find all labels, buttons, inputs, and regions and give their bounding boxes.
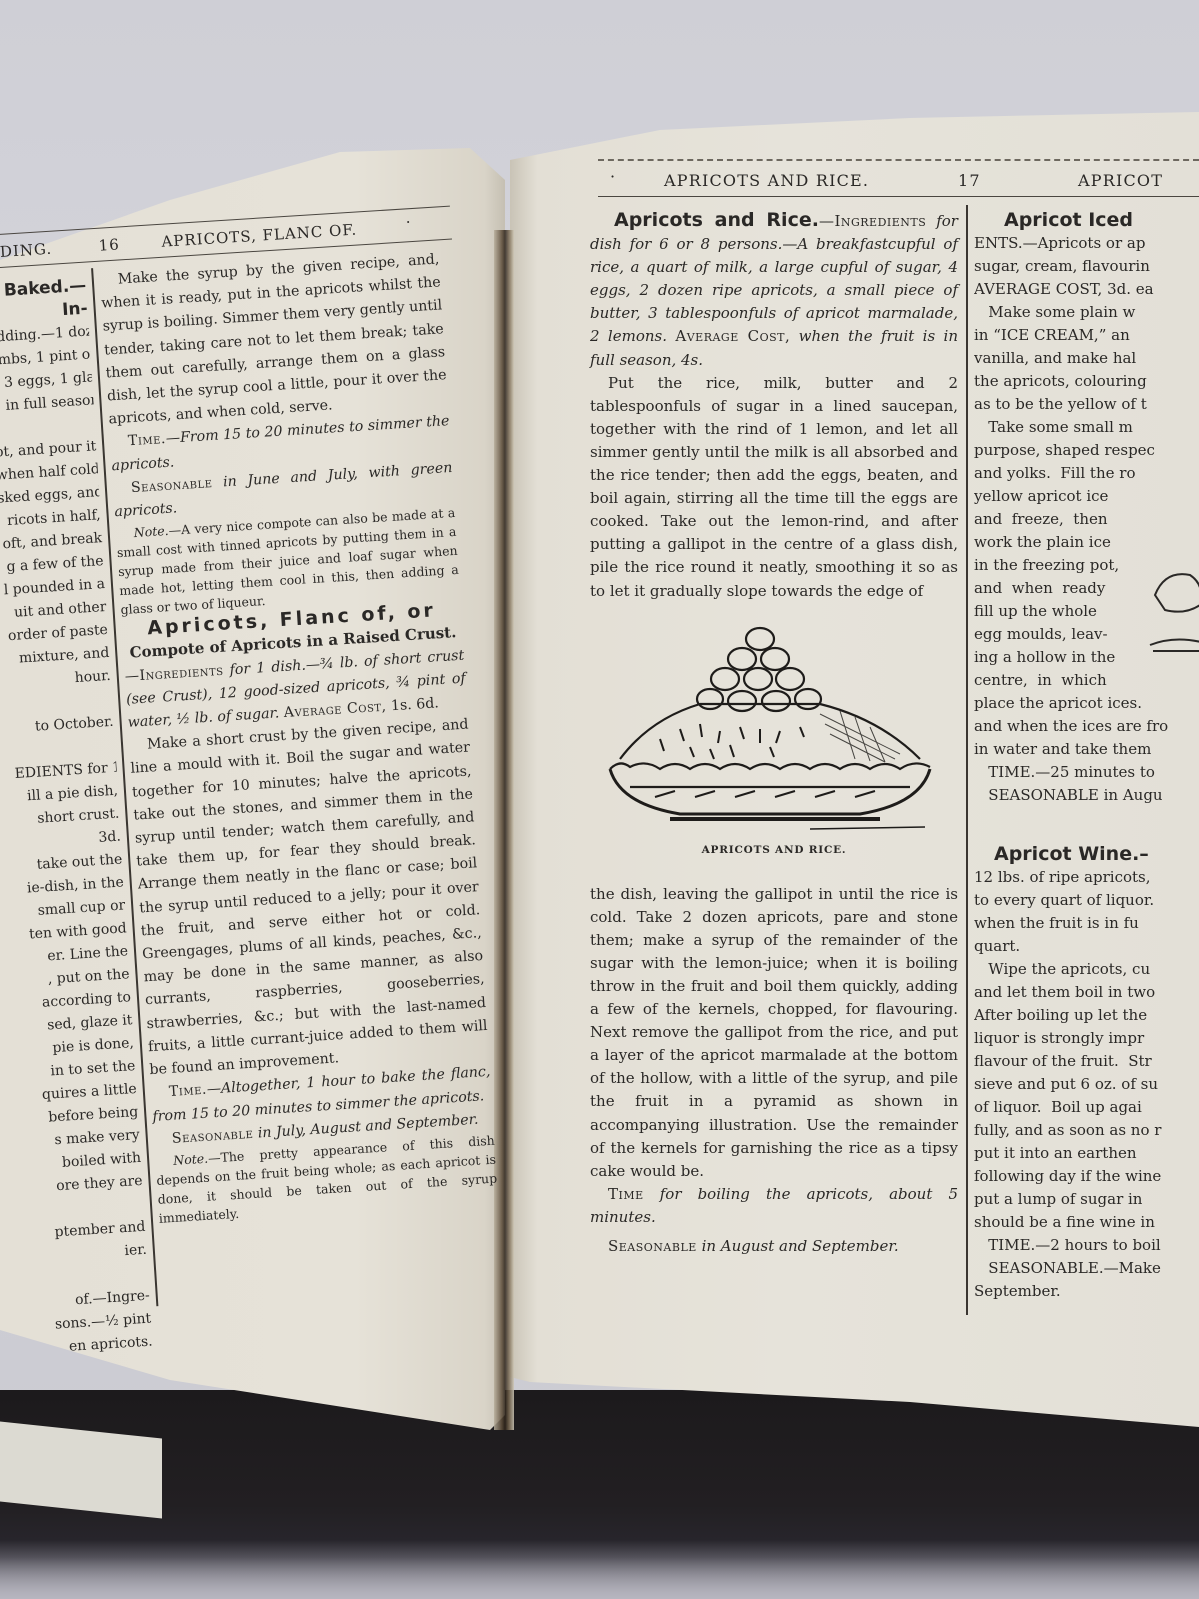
average-cost-value: 1s. 6d.	[386, 695, 439, 714]
ingredients-label: —Ingredients	[819, 212, 926, 230]
text-line: and when the ices are fro	[974, 715, 1199, 738]
text-line: of liquor. Boil up agai	[974, 1096, 1199, 1119]
text-line: vanilla, and make hal	[974, 347, 1199, 370]
text-line: to every quart of liquor.	[974, 889, 1199, 912]
text-line: and freeze, then	[974, 508, 1199, 531]
running-head-title: APRICOTS, FLANC OF.	[161, 220, 358, 250]
paragraph: Make a short crust by the given recipe, …	[128, 714, 489, 1083]
text-line: flavour of the fruit. Str	[974, 1050, 1199, 1073]
running-head-next: APRICOT	[1078, 171, 1163, 190]
time-label: Time.	[168, 1082, 207, 1100]
partial-lines: 12 lbs. of ripe apricots,to every quart …	[974, 866, 1199, 1303]
text-line: TIME.—25 minutes to	[974, 761, 1199, 784]
dish-engraving-icon	[600, 619, 940, 834]
fabric-background	[0, 1540, 1199, 1599]
text-line: quart.	[974, 935, 1199, 958]
text-line: After boiling up let the	[974, 1004, 1199, 1027]
average-cost-label: Average Cost,	[675, 327, 790, 345]
illustration-caption: APRICOTS AND RICE.	[590, 839, 958, 862]
recipe-title: Apricot Iced	[974, 209, 1199, 232]
ingredients-text: for dish for 6 or 8 persons.—A breakfast…	[590, 212, 958, 345]
seasonable-label: Seasonable	[130, 475, 212, 496]
text-line: the apricots, colouring	[974, 370, 1199, 393]
text-line: liquor is strongly impr	[974, 1027, 1199, 1050]
recipe-title: Apricot Wine.–	[974, 843, 1199, 866]
seasonable-text: in August and September.	[697, 1237, 899, 1255]
average-cost-label: Average Cost,	[283, 699, 387, 721]
time-label: Time	[608, 1185, 644, 1203]
text-line: SEASONABLE in Augu	[974, 784, 1199, 807]
text-line: ENTS.—Apricots or ap	[974, 232, 1199, 255]
recipe-title-partial: Baked.—In-	[0, 275, 88, 327]
paragraph: Make the syrup by the given recipe, and,…	[99, 248, 449, 431]
page-number: 16	[98, 235, 120, 254]
seasonable-label: Seasonable	[608, 1237, 697, 1255]
note-label: Note.	[133, 523, 169, 540]
running-head-partial: DING.	[0, 240, 53, 261]
running-head-title: APRICOTS AND RICE.	[664, 171, 869, 190]
text-line: TIME.—2 hours to boil	[974, 1234, 1199, 1257]
text-line: Make some plain w	[974, 301, 1199, 324]
apricots-and-rice-illustration: APRICOTS AND RICE.	[590, 609, 958, 879]
page-number: 17	[958, 171, 981, 190]
text-line: and yolks. Fill the ro	[974, 462, 1199, 485]
text-line: put a lump of sugar in	[974, 1188, 1199, 1211]
right-column-main: Apricots and Rice.—Ingredients for dish …	[590, 209, 958, 1258]
partial-lines: ENTS.—Apricots or apsugar, cream, flavou…	[974, 232, 1199, 807]
text-line: should be a fine wine in	[974, 1211, 1199, 1234]
text-line: AVERAGE COST, 3d. ea	[974, 278, 1199, 301]
ornament-dot: ·	[610, 167, 616, 186]
text-line: fully, and as soon as no r	[974, 1119, 1199, 1142]
right-column-partial: Apricot Iced ENTS.—Apricots or apsugar, …	[974, 209, 1199, 1303]
text-line: September.	[974, 1280, 1199, 1303]
egg-mould-illustration-icon	[1145, 565, 1199, 655]
text-line: Take some small m	[974, 416, 1199, 439]
text-line: and let them boil in two	[974, 981, 1199, 1004]
text-line: sugar, cream, flavourin	[974, 255, 1199, 278]
text-line: yellow apricot ice	[974, 485, 1199, 508]
text-line: in water and take them	[974, 738, 1199, 761]
time-text: for boiling the apricots, about 5 minute…	[590, 1185, 958, 1226]
paragraph: the dish, leaving the gallipot in until …	[590, 883, 958, 1183]
paragraph: Put the rice, milk, butter and 2 tablesp…	[590, 372, 958, 603]
text-line: in “ICE CREAM,” an	[974, 324, 1199, 347]
right-page-content: · APRICOTS AND RICE. 17 APRICOT Apricots…	[590, 155, 1199, 1335]
ornament-dot: ·	[405, 213, 412, 231]
column-rule	[966, 205, 968, 1315]
stray-sheet-edge	[0, 1421, 162, 1518]
left-column-main: Make the syrup by the given recipe, and,…	[99, 248, 499, 1227]
text-line: 12 lbs. of ripe apricots,	[974, 866, 1199, 889]
seasonable-label: Seasonable	[171, 1125, 253, 1146]
recipe-heading: Apricots and Rice.—Ingredients for dish …	[590, 209, 958, 372]
left-page-content: DING. 16 APRICOTS, FLANC OF. · Baked.—In…	[0, 206, 519, 1333]
time-label: Time.	[128, 431, 167, 449]
text-line: following day if the wine	[974, 1165, 1199, 1188]
text-line: Wipe the apricots, cu	[974, 958, 1199, 981]
note-label: Note.	[173, 1151, 209, 1168]
recipe-title: Apricots and Rice.	[614, 209, 819, 231]
text-line: purpose, shaped respec	[974, 439, 1199, 462]
ingredients-label: —Ingredients	[124, 662, 224, 684]
text-line: place the apricot ices.	[974, 692, 1199, 715]
text-line: as to be the yellow of t	[974, 393, 1199, 416]
text-line: when the fruit is in fu	[974, 912, 1199, 935]
text-line: sieve and put 6 oz. of su	[974, 1073, 1199, 1096]
running-head-right: · APRICOTS AND RICE. 17 APRICOT	[598, 159, 1199, 197]
seasonable-line: Seasonable in August and September.	[590, 1235, 958, 1258]
text-line: put it into an earthen	[974, 1142, 1199, 1165]
text-line: SEASONABLE.—Make	[974, 1257, 1199, 1280]
time-line: Time for boiling the apricots, about 5 m…	[590, 1183, 958, 1229]
text-line: centre, in which	[974, 669, 1199, 692]
text-line: work the plain ice	[974, 531, 1199, 554]
